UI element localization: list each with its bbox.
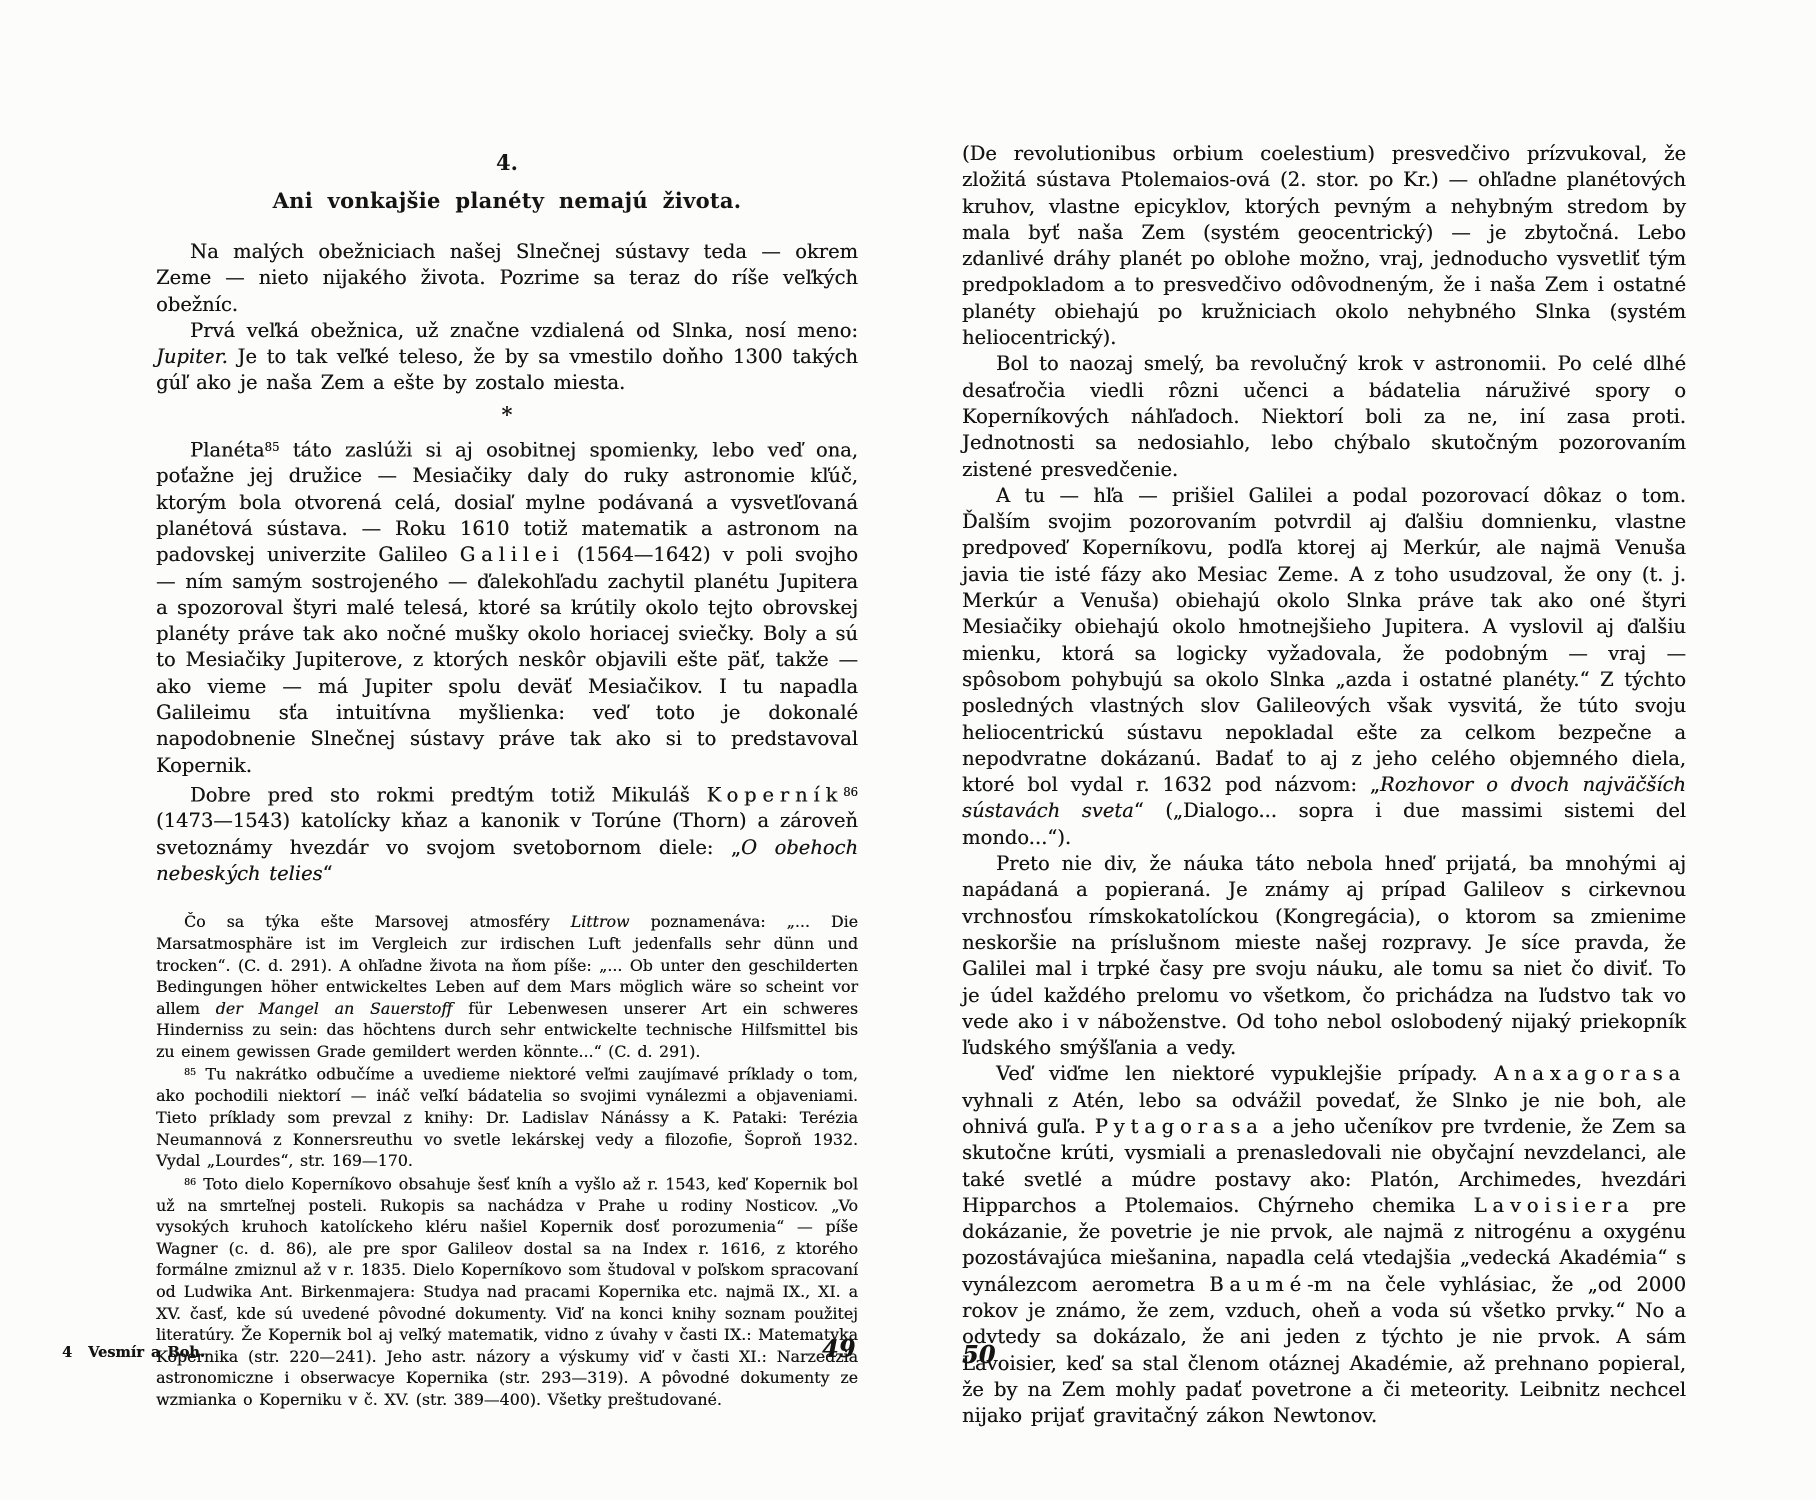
paragraph-right-2: Bol to naozaj smelý, ba revolučný krok v… [962,351,1686,482]
paragraph-right-1: (De revolutionibus orbium coelestium) pr… [962,141,1686,351]
paragraph-left-2: Prvá veľká obežnica, už značne vzdialená… [156,318,858,397]
signature-title: Vesmír a Boh. [88,1344,205,1361]
page-number-50: 50 [962,1340,995,1369]
paragraph-right-4: Preto nie div, že náuka táto nebola hneď… [962,851,1686,1061]
paragraph-right-3: A tu — hľa — prišiel Galilei a podal poz… [962,483,1686,851]
paragraph-left-4: Dobre pred sto rokmi predtým totiž Mikul… [156,779,858,887]
section-number: 4. [156,150,858,176]
page-left: 4. Ani vonkajšie planéty nemajú života. … [156,150,858,1411]
paragraph-right-5: Veď viďme len niektoré vypuklejšie prípa… [962,1061,1686,1429]
paragraph-left-1: Na malých obežniciach našej Slnečnej sús… [156,239,858,318]
footnotes-block: Čo sa týka ešte Marsovej atmosféry Littr… [156,911,858,1410]
signature-number: 4 [62,1344,72,1361]
footnote-86: 86 Toto dielo Koperníkovo obsahuje šesť … [156,1172,858,1411]
page-number-49: 49 [822,1334,855,1363]
asterisk-separator: * [156,402,858,428]
book-scan-spread: { "page_left": { "section_number": "4.",… [0,0,1816,1500]
paragraph-left-3: Planéta85 táto zaslúži si aj osobitnej s… [156,434,858,779]
page-right: (De revolutionibus orbium coelestium) pr… [962,141,1686,1430]
footnote-85: 85 Tu nakrátko odbučíme a uvedieme niekt… [156,1062,858,1171]
footnote-continued: Čo sa týka ešte Marsovej atmosféry Littr… [156,911,858,1062]
printers-signature: 4Vesmír a Boh. [62,1344,205,1361]
chapter-title: Ani vonkajšie planéty nemajú života. [156,188,858,214]
